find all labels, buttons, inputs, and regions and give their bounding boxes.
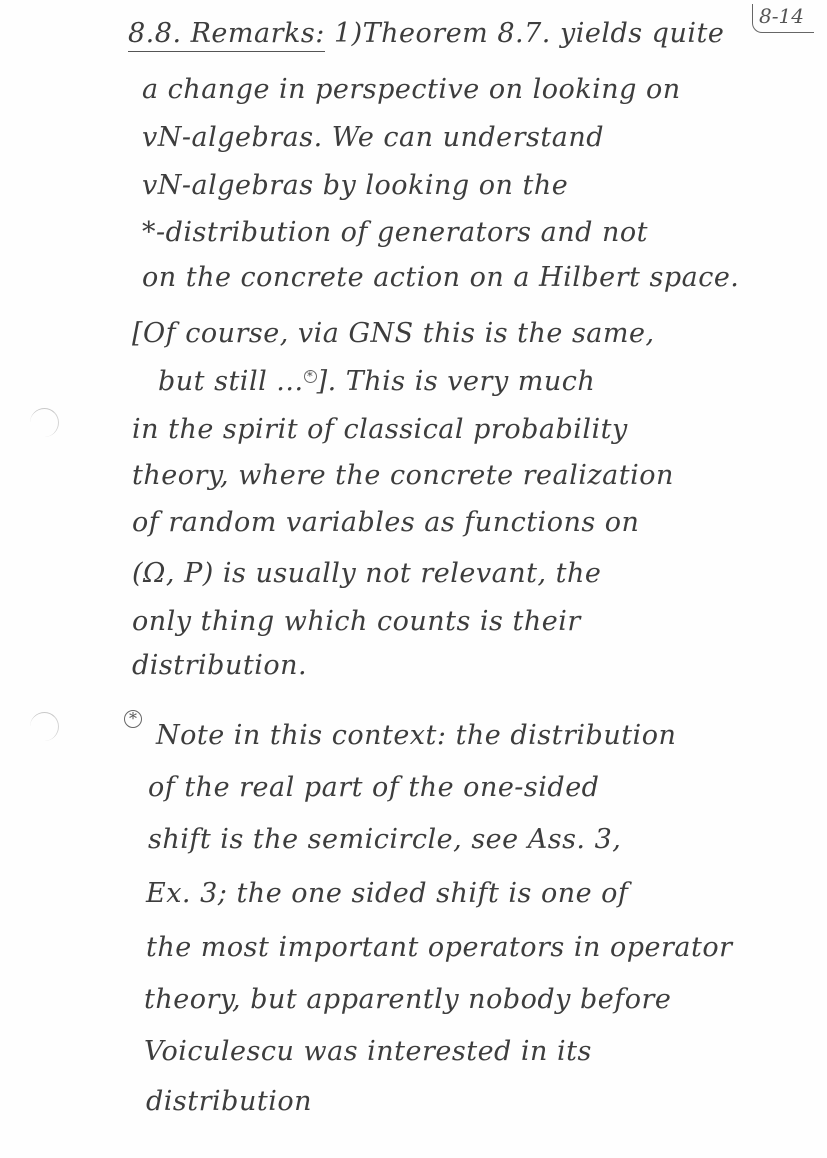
punch-hole-mark [30, 408, 59, 437]
footnote-line: distribution [146, 1086, 312, 1117]
remark-line: (Ω, P) is usually not relevant, the [132, 558, 601, 589]
punch-hole-mark [30, 712, 59, 741]
footnote-line: Voiculescu was interested in its [144, 1036, 592, 1067]
remark-line-with-marker: but still ...*]. This is very much [158, 366, 595, 397]
remark-first-line: 8.8. Remarks: 1)Theorem 8.7. yields quit… [128, 18, 724, 49]
footnote-line: shift is the semicircle, see Ass. 3, [148, 824, 621, 855]
remark-line: theory, where the concrete realization [132, 460, 674, 491]
remark-line: [Of course, via GNS this is the same, [132, 318, 655, 349]
remark-line: in the spirit of classical probability [132, 414, 628, 445]
footnote-line: Ex. 3; the one sided shift is one of [146, 878, 628, 909]
remark-heading: 8.8. Remarks: [128, 18, 325, 52]
remark-line: distribution. [132, 650, 307, 681]
remark-line: ]. This is very much [317, 366, 596, 397]
remark-line: vN-algebras. We can understand [142, 122, 604, 153]
remark-line: of random variables as functions on [132, 507, 639, 538]
footnote-reference-marker: * [304, 370, 317, 383]
footnote-line: of the real part of the one-sided [148, 772, 599, 803]
handwritten-page: 8-14 8.8. Remarks: 1)Theorem 8.7. yields… [0, 0, 827, 1158]
page-number: 8-14 [752, 4, 814, 33]
footnote-line: the most important operators in operator [146, 932, 733, 963]
footnote-marker: * [124, 710, 142, 728]
footnote-line: theory, but apparently nobody before [144, 984, 671, 1015]
remark-line: vN-algebras by looking on the [142, 170, 568, 201]
remark-line: a change in perspective on looking on [142, 74, 681, 105]
remark-line: on the concrete action on a Hilbert spac… [142, 262, 739, 293]
remark-line: *-distribution of generators and not [142, 217, 648, 248]
footnote-line: Note in this context: the distribution [156, 720, 676, 751]
remark-line: only thing which counts is their [132, 606, 581, 637]
remark-line: 1)Theorem 8.7. yields quite [334, 18, 724, 49]
remark-line: but still ... [158, 366, 304, 397]
